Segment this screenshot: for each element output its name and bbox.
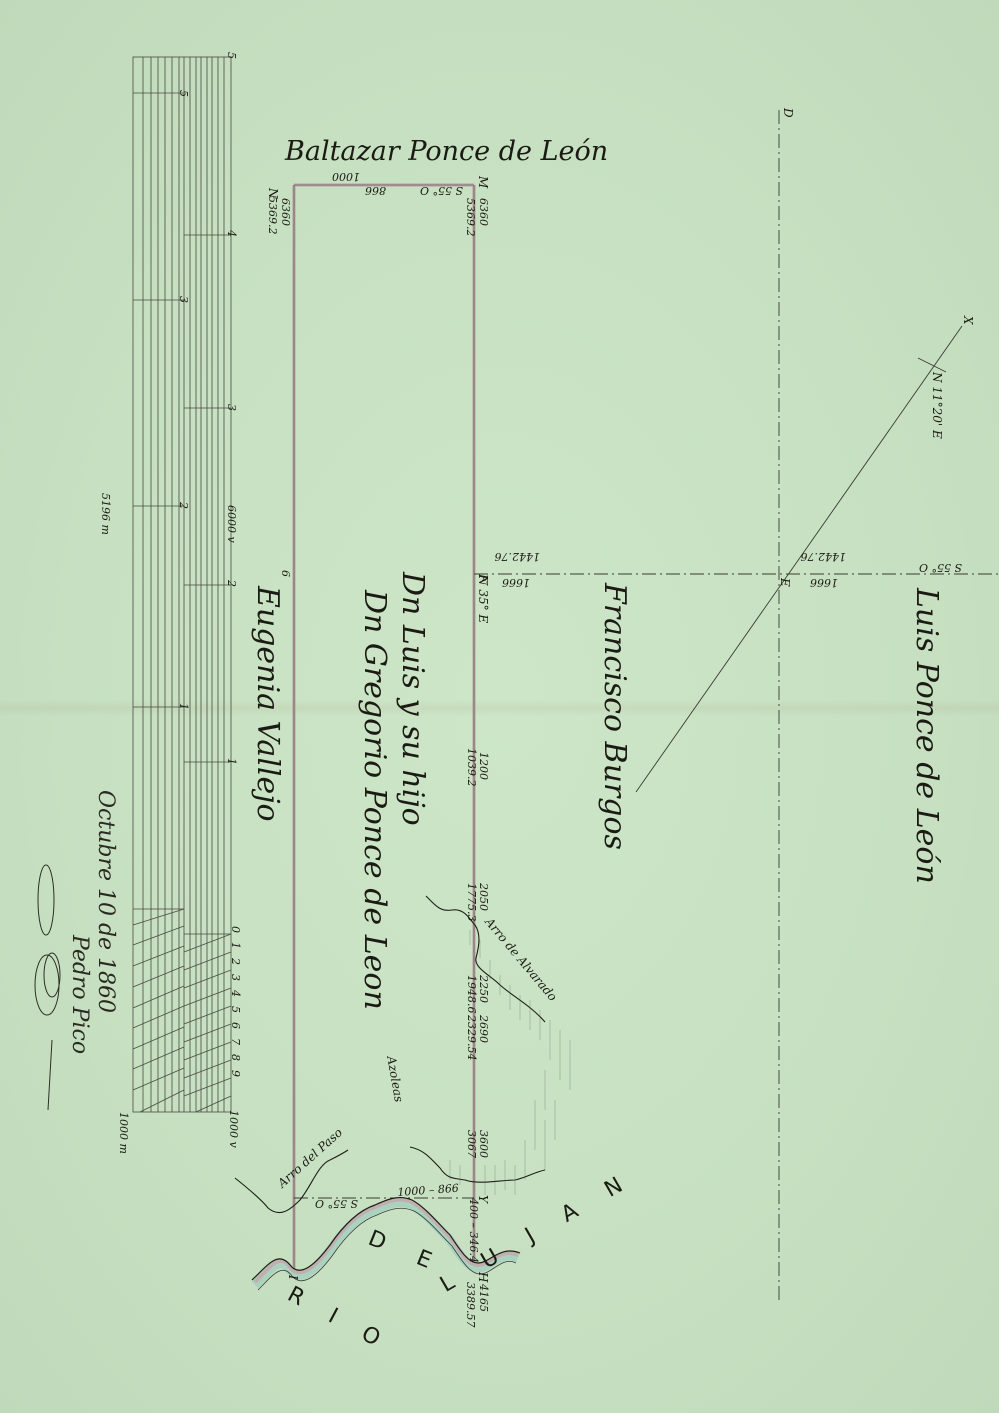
right-5b: 3067 [465, 1130, 478, 1158]
scale-tick-1: 1 [225, 758, 238, 765]
scale-total: 5196 m [99, 493, 112, 535]
right-top-a: 6360 [477, 198, 490, 226]
right-1b: 1039.2 [465, 748, 478, 787]
scale-vertical-lines [143, 57, 224, 1112]
top-axis-letter: D [781, 108, 795, 118]
cross-b1: 1666 [502, 576, 530, 589]
right-1: 1200 [477, 752, 490, 780]
scale-bar [133, 57, 231, 1112]
scale-ticks [133, 93, 231, 934]
right-top-b: 5369.2 [464, 198, 477, 237]
scale-tick-4a: 5 [177, 90, 190, 97]
bottom-cross-letter: Y [476, 1195, 490, 1203]
corner-h-a: 4165 [477, 1284, 490, 1312]
left-top-b: 5369.2 [266, 196, 279, 235]
signature-date: Octubre 10 de 1860 [93, 790, 118, 1013]
scale-tick-3a: 3 [177, 296, 190, 303]
cross-b2: 1666 [810, 576, 838, 589]
diagonal-bearing: N 11°20' E [930, 372, 944, 439]
right-5: 3600 [477, 1130, 490, 1158]
cross-letter-e: E [778, 578, 792, 587]
scale-side: 6000 v [225, 505, 238, 543]
left-top-a: 6360 [279, 198, 292, 226]
right-4b: 2329.54 [465, 1015, 478, 1061]
scale-tick-2: 2 [225, 580, 238, 587]
signature-name: Pedro Pico [67, 935, 92, 1054]
corner-m-label: M [476, 176, 490, 188]
corner-i-label: I [286, 1275, 300, 1280]
neighbor-east-1: Francisco Burgos [597, 583, 632, 850]
top-edge-b: 866 [365, 184, 386, 197]
right-2b: 1775.3 [465, 883, 478, 922]
scale-tick-5: 5 [225, 52, 238, 59]
right-4: 2690 [477, 1015, 490, 1043]
parcel-owner-line2: Dn Gregorio Ponce de Leon [357, 590, 392, 1010]
top-edge-bearing: S 55° O [420, 184, 463, 197]
scale-vernier-diagonals [133, 909, 231, 1112]
scale-tick-1a: 1 [177, 703, 190, 710]
cross-a1: 1442.76 [495, 550, 541, 563]
map-drawing [0, 0, 999, 1413]
scale-tick-3: 3 [225, 404, 238, 411]
right-2: 2050 [477, 883, 490, 911]
neighbor-west: Eugenia Vallejo [250, 586, 285, 822]
signature-flourish [35, 865, 60, 1110]
scale-bottom-right: 1000 v [227, 1110, 240, 1148]
left-mid-mark: 6 [279, 570, 292, 577]
right-3b: 1948.6 [465, 975, 478, 1014]
scale-tick-4: 4 [225, 230, 238, 237]
parcel-owner-line1: Dn Luis y su hijo [395, 572, 430, 826]
bottom-edge-bearing: S 55° O [315, 1197, 358, 1210]
diag-end-letter: X [961, 316, 975, 325]
cross-letter-f: F [476, 574, 490, 582]
scale-tick-2a: 2 [177, 502, 190, 509]
corner-h-b: 3389.57 [464, 1282, 477, 1328]
top-edge-a: 1000 [332, 170, 360, 183]
cross-a2: 1442.76 [801, 550, 847, 563]
neighbor-east-2: Luis Ponce de León [909, 588, 944, 884]
scale-bottom-left: 1000 m [117, 1112, 130, 1154]
right-3: 2250 [477, 975, 490, 1003]
cross-bearing: S 55° O [919, 561, 962, 574]
map-title: Baltazar Ponce de León [285, 136, 608, 167]
vernier-right-labels: 0123456789 [226, 926, 244, 1086]
